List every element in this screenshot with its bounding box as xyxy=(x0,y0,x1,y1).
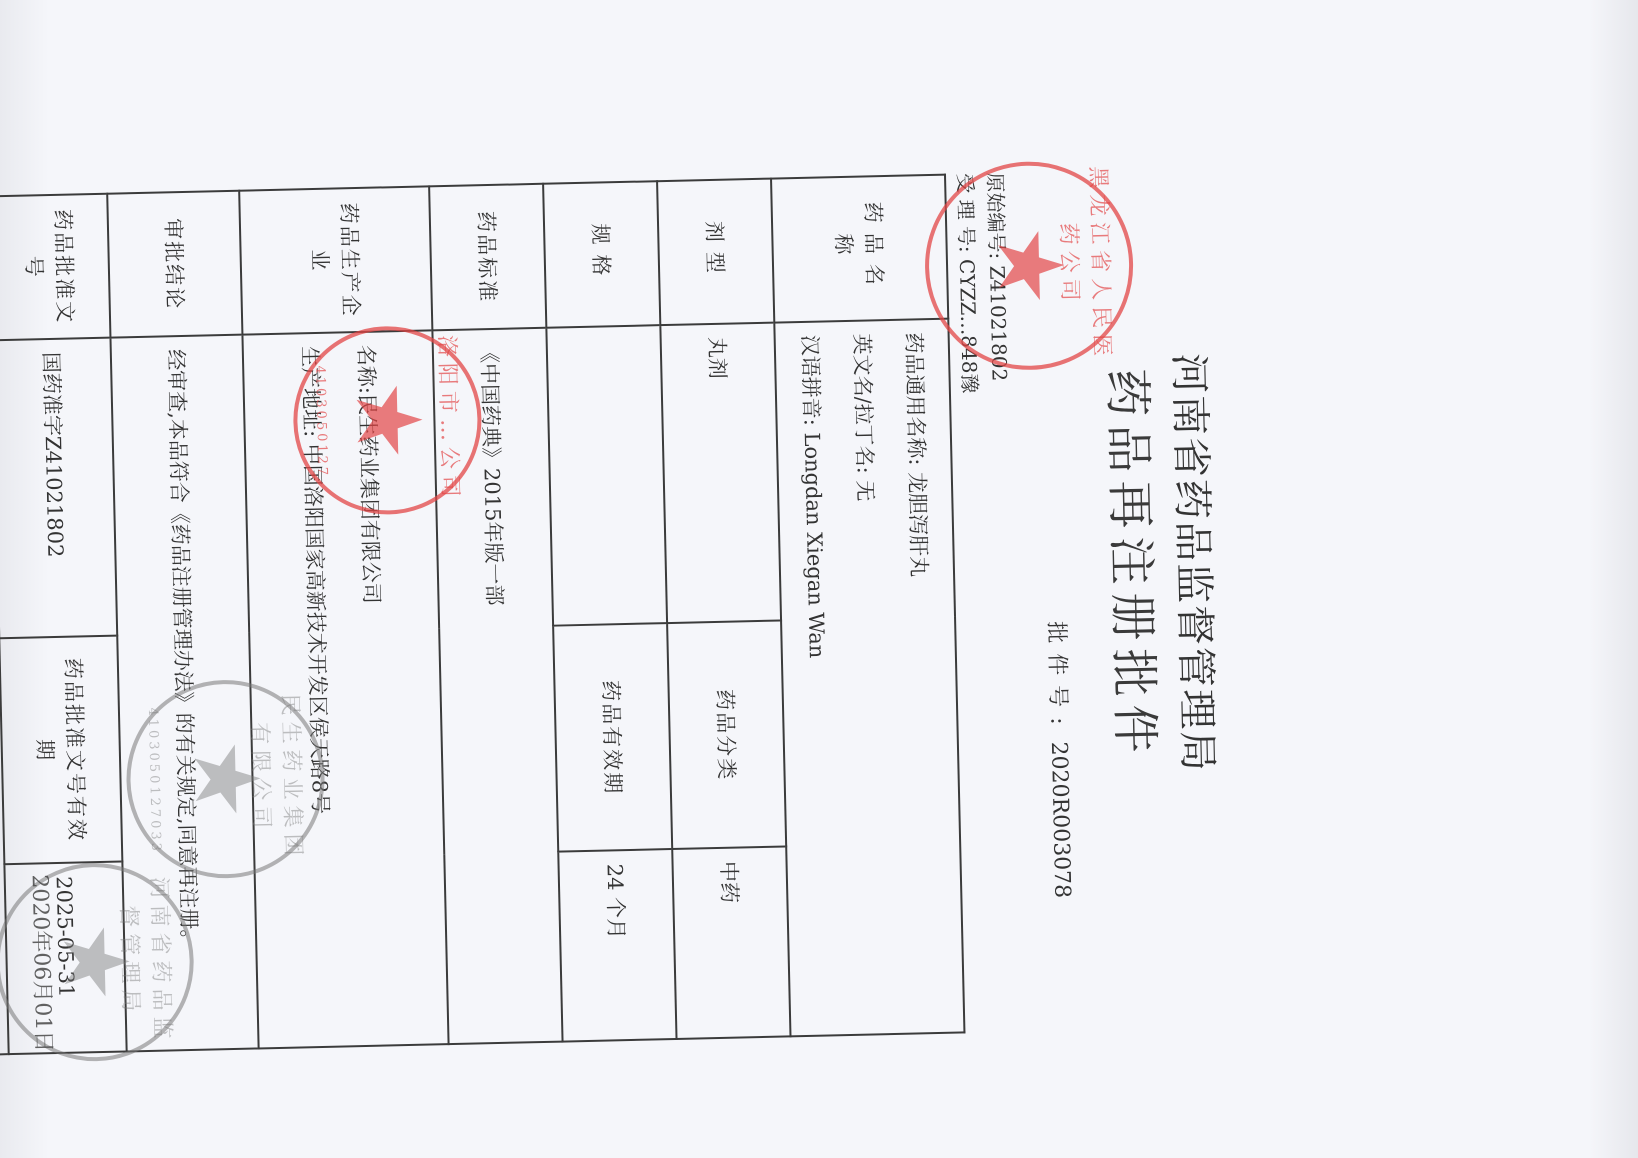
approval-number-label: 批件号: xyxy=(1043,621,1071,735)
approval-doc-number-label: 药品批准文号 xyxy=(0,194,110,341)
drug-category-value: 中药 xyxy=(672,847,790,1039)
dosage-form-label: 剂型 xyxy=(657,179,774,326)
approval-doc-number-value: 国药准字Z41021802 xyxy=(0,338,117,639)
acceptance-number-label: 受 理 号: xyxy=(953,173,979,253)
table-row: 药品批准文号 国药准字Z41021802 药品批准文号有效期 2025-05-3… xyxy=(0,194,127,1054)
standard-label: 药品标准 xyxy=(429,184,546,331)
drug-category-label: 药品分类 xyxy=(667,621,786,850)
acceptance-number-value: CYZZ…848豫 xyxy=(955,259,982,394)
standard-value: 《中国药典》2015年版一部 xyxy=(432,328,562,1044)
approval-number-value: 2020R003078 xyxy=(1046,741,1075,898)
manufacturer-address-value: 中国洛阳国家高新技术开发区侯天路8号 xyxy=(300,444,332,815)
manufacturer-name-label: 名称: xyxy=(354,345,379,395)
manufacturer-label: 药品生产企业 xyxy=(239,186,432,334)
drug-name-cell: 药品通用名称: 龙胆泻肝丸 英文名/拉丁名: 无 汉语拼音: Longdan X… xyxy=(774,319,964,1037)
conclusion-value: 经审查,本品符合《药品注册管理办法》的有关规定,同意再注册。 xyxy=(110,335,258,1052)
table-row: 剂型 丸剂 药品分类 中药 xyxy=(657,179,790,1039)
manufacturer-name-value: 民生药业集团有限公司 xyxy=(355,394,384,604)
conclusion-label: 审批结论 xyxy=(107,191,242,338)
table-row: 审批结论 经审查,本品符合《药品注册管理办法》的有关规定,同意再注册。 xyxy=(107,191,258,1052)
dosage-form-value: 丸剂 xyxy=(660,323,781,624)
shelf-life-label: 药品有效期 xyxy=(553,623,672,852)
english-name-value: 无 xyxy=(853,480,877,502)
specification-value xyxy=(546,325,667,626)
original-number-value: Z41021802 xyxy=(985,265,1012,381)
table-row: 药品名称 药品通用名称: 龙胆泻肝丸 英文名/拉丁名: 无 汉语拼音: Long… xyxy=(771,175,964,1037)
original-number-label: 原始编号: xyxy=(983,172,1009,259)
pinyin-label: 汉语拼音: xyxy=(798,334,824,426)
specification-label: 规格 xyxy=(543,181,660,328)
approval-number: 批件号: 2020R003078 xyxy=(1042,621,1079,899)
approval-validity-value: 2025-05-31 xyxy=(4,862,126,1054)
drug-name-label: 药品名称 xyxy=(771,175,948,323)
approval-validity-label: 药品批准文号有效期 xyxy=(0,636,122,865)
table-row: 药品生产企业 名称:民生药业集团有限公司 生产地址: 中国洛阳国家高新技术开发区… xyxy=(239,186,448,1048)
manufacturer-cell: 名称:民生药业集团有限公司 生产地址: 中国洛阳国家高新技术开发区侯天路8号 xyxy=(242,330,448,1048)
pinyin-value: Longdan Xiegan Wan xyxy=(800,432,829,658)
generic-name-label: 药品通用名称: xyxy=(902,332,929,466)
original-number: 原始编号: Z41021802 xyxy=(982,172,1016,381)
table-row: 药品标准 《中国药典》2015年版一部 xyxy=(429,184,562,1044)
acceptance-number: 受 理 号: CYZZ…848豫 xyxy=(952,173,986,394)
shelf-life-value: 24 个月 xyxy=(558,849,676,1041)
table-row: 规格 药品有效期 24 个月 xyxy=(543,181,676,1041)
manufacturer-address-label: 生产地址: xyxy=(298,346,324,438)
document-page: 河南省药品监督管理局 药品再注册批件 批件号: 2020R003078 原始编号… xyxy=(9,60,1331,1089)
generic-name-value: 龙胆泻肝丸 xyxy=(905,472,931,578)
approval-table: 药品名称 药品通用名称: 龙胆泻肝丸 英文名/拉丁名: 无 汉语拼音: Long… xyxy=(0,174,965,1069)
english-name-label: 英文名/拉丁名: xyxy=(850,333,877,474)
